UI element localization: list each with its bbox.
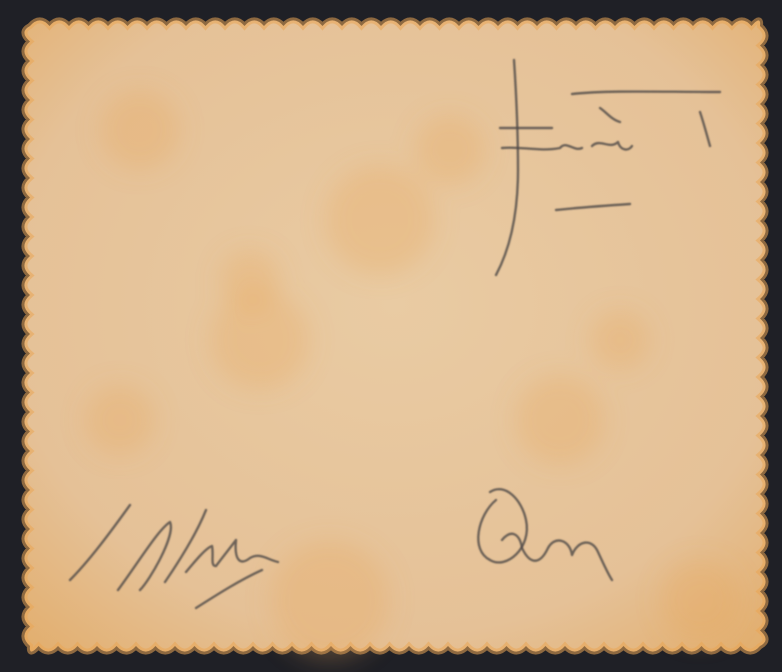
stamp-photo: Stamp back with pencil expertizer marks xyxy=(0,0,782,672)
stamp-back-image xyxy=(0,0,782,672)
